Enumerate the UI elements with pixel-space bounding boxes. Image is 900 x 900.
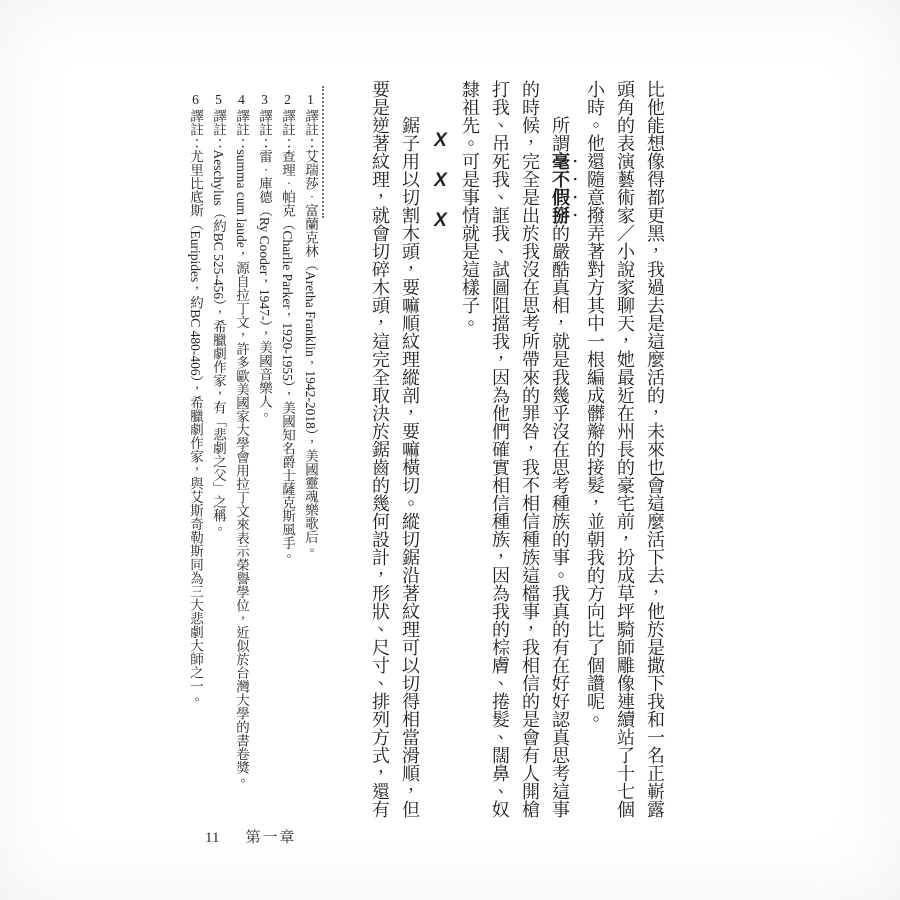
footnotes-block: 1譯註：艾瑞莎．富蘭克林（Aretha Franklin，1942-2018），… [184,92,322,812]
chapter-title: 第一章 [245,830,296,846]
footnote-6: 6譯註：尤里比底斯（Euripides，約BC 480-406），希臘劇作家，與… [184,92,207,812]
footnote-number: 4 [234,92,249,107]
footnote-number: 3 [257,92,272,107]
section-break-xxx: XXX [425,80,455,822]
footnote-text: 譯註：雷．庫德（Ry Cooder，1947-），美國音樂人。 [257,109,272,422]
footnote-text: 譯註：查理．帕克（Charlie Parker，1920-1955），美國知名爵… [280,109,295,563]
footnote-2: 2譯註：查理．帕克（Charlie Parker，1920-1955），美國知名… [276,92,299,812]
main-text-block: 比他能想像得都更黑，我過去是這麼活的，未來也會這麼活下去，他於是撒下我和一名正嶄… [365,80,670,822]
x-mark-icon: X [430,130,451,151]
x-mark-icon: X [430,210,451,231]
book-page: 比他能想像得都更黑，我過去是這麼活的，未來也會這麼活下去，他於是撒下我和一名正嶄… [0,0,900,900]
footnote-text: 譯註：Aeschylus（約BC 525-456），希臘劇作家，有「悲劇之父」之… [211,109,226,535]
footnote-number: 2 [280,92,295,107]
footnote-3: 3譯註：雷．庫德（Ry Cooder，1947-），美國音樂人。 [253,92,276,812]
footnote-5: 5譯註：Aeschylus（約BC 525-456），希臘劇作家，有「悲劇之父」… [207,92,230,812]
footnote-4: 4譯註：summa cum laude，源自拉丁文，許多歐美國家大學會用拉丁文來… [230,92,253,812]
footnote-number: 1 [303,92,318,107]
paragraph-2-lead: 所謂 [550,116,570,152]
footnote-text: 譯註：summa cum laude，源自拉丁文，許多歐美國家大學會用拉丁文來表… [234,109,249,788]
page-number: 11 [205,830,219,846]
paragraph-3: 鋸子用以切割木頭，要嘛順紋理縱剖，要嘛橫切。縱切鋸沿著紋理可以切得相當滑順，但要… [365,80,425,822]
paragraph-1: 比他能想像得都更黑，我過去是這麼活的，未來也會這麼活下去，他於是撒下我和一名正嶄… [580,80,670,822]
footnote-text: 譯註：尤里比底斯（Euripides，約BC 480-406），希臘劇作家，與艾… [188,109,203,706]
page-footer: 11第一章 [205,826,296,847]
footnote-number: 5 [211,92,226,107]
footnote-text: 譯註：艾瑞莎．富蘭克林（Aretha Franklin，1942-2018），美… [303,109,318,557]
x-mark-icon: X [430,170,451,191]
footnote-number: 6 [188,92,203,107]
emphasized-phrase: 毫不假掰 [550,152,570,224]
footnote-1: 1譯註：艾瑞莎．富蘭克林（Aretha Franklin，1942-2018），… [299,92,322,812]
paragraph-2: 所謂毫不假掰的嚴酷真相，就是我幾乎沒在思考種族的事。我真的有在好好認真思考這事的… [455,80,580,822]
footnote-divider-dotted-line [322,86,324,218]
